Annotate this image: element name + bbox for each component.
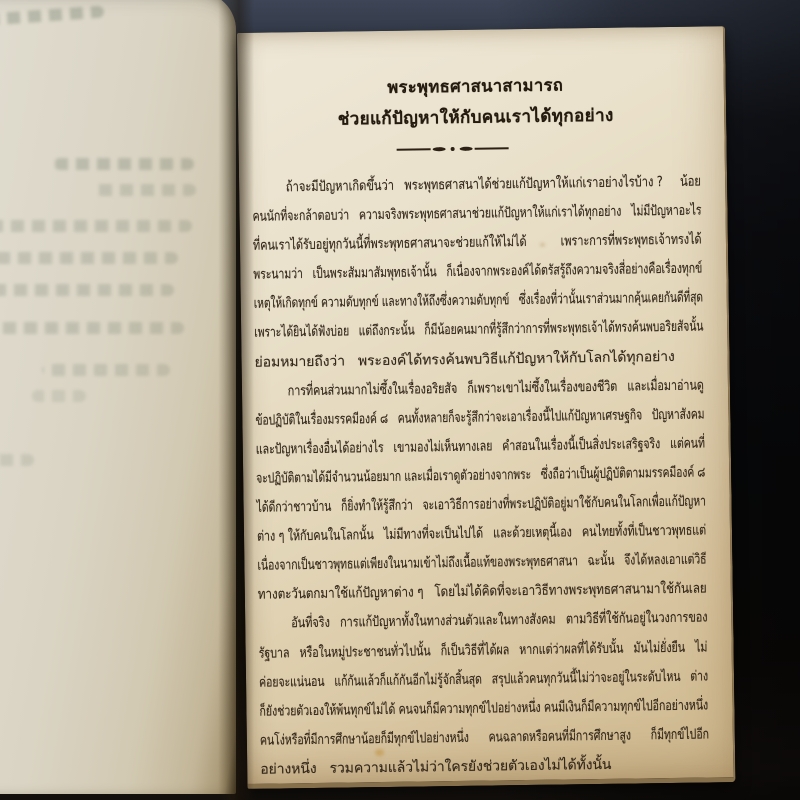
show-through-smudge [54,158,194,170]
text-line: เนื่องจากเป็นชาวพุทธแต่เพียงในนามเข้าไม่… [257,547,593,581]
ornament-leaf [432,147,445,151]
text-line: เพราะได้ยินได้ฟังบ่อย แต่ถึงกระนั้น ก็มี… [254,315,588,349]
text-line: ก็ยังช่วยตัวเองให้พ้นทุกข์ไม่ได้ คนจนก็ม… [259,693,601,727]
text-line: พระนามว่า เป็นพระสัมมาสัมพุทธเจ้านั้น ก็… [253,256,590,290]
page-title-line-1: พระพุทธศาสนาสามารถ [251,72,700,102]
text-line: คนโง่หรือที่มีการศึกษาน้อยก็มีทุกข์ไปอย่… [260,722,600,756]
body-text: ถ้าจะมีปัญหาเกิดขึ้นว่า พระพุทธศาสนาได้ช… [252,168,709,785]
show-through-smudge [0,454,34,466]
ornament-line [396,149,430,151]
show-through-smudge [92,184,196,196]
text-line: ได้ดีกว่าชาวบ้าน ก็ยิ่งทำให้รู้สึกว่า จะ… [256,489,592,523]
ornament-leaf [459,147,472,151]
text-line: จะปฏิบัติตามได้มีจำนวนน้อยมาก และเมื่อเร… [256,460,588,494]
text-line: ข้อปฏิบัติในเรื่องมรรคมีองค์ ๘ คนทั้งหลา… [255,402,589,436]
ornament-line [474,148,508,150]
left-book-page [0,0,236,794]
show-through-smudge [0,284,174,296]
show-through-smudge [32,390,86,402]
show-through-smudge [0,322,184,334]
show-through-smudge [0,5,104,26]
right-book-page: พระพุทธศาสนาสามารถ ช่วยแก้ปัญหาให้กับคนเ… [237,26,736,789]
page-title-line-2: ช่วยแก้ปัญหาให้กับคนเราได้ทุกอย่าง [251,102,700,134]
show-through-smudge [0,252,178,264]
ornament-dot [450,147,454,151]
page-content: พระพุทธศาสนาสามารถ ช่วยแก้ปัญหาให้กับคนเ… [237,26,733,784]
text-line: ค่อยจะแน่นอน แก้กันแล้วก็แก้กันอีกไม่รู้… [259,664,598,698]
divider-ornament [237,144,677,154]
show-through-smudge [42,364,170,376]
text-line: และปัญหาเรื่องอื่นได้อย่างไร เขามองไม่เห… [256,431,597,465]
text-line: เหตุให้เกิดทุกข์ ความดับทุกข์ และทางให้ถ… [254,286,583,320]
text-line: คนนักที่จะกล้าตอบว่า ความจริงพระพุทธศาสน… [252,198,592,232]
show-through-smudge [0,220,192,232]
